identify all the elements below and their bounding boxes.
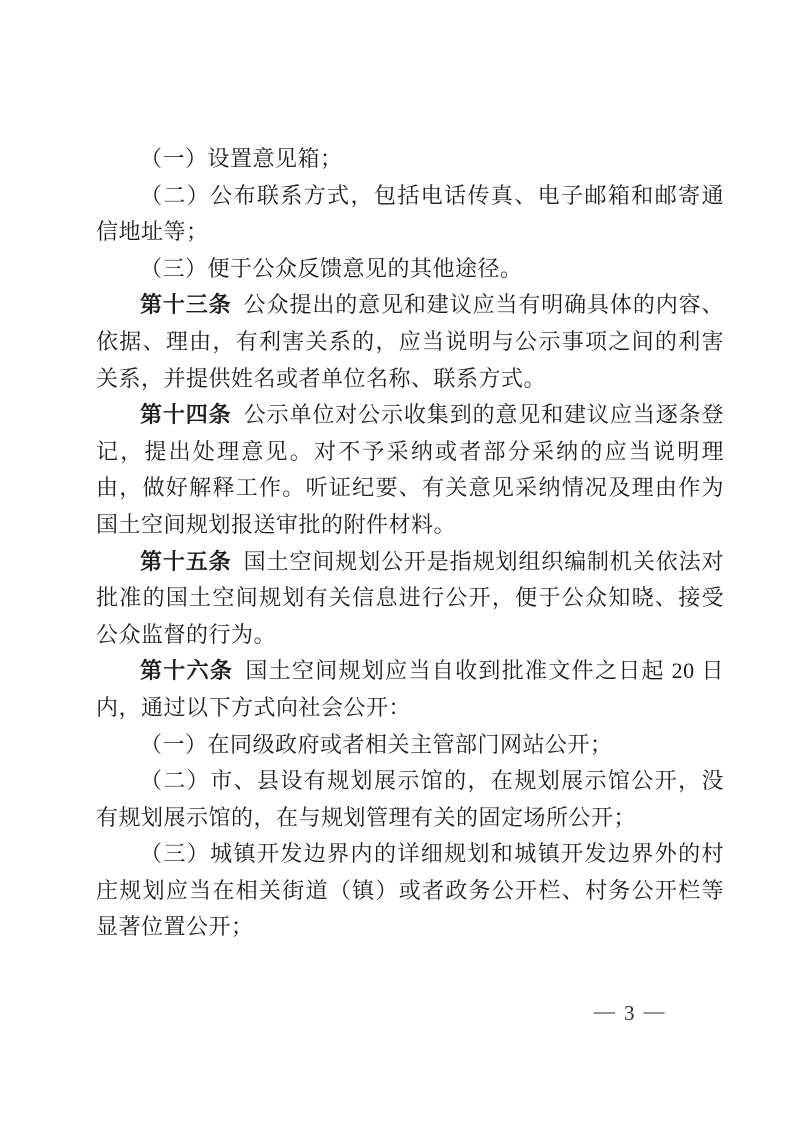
paragraph: （一）在同级政府或者相关主管部门网站公开； xyxy=(96,727,724,764)
paragraph-text: （三）城镇开发边界内的详细规划和城镇开发边界外的村庄规划应当在相关街道（镇）或者… xyxy=(96,841,724,939)
paragraph-text: （三）便于公众反馈意见的其他途径。 xyxy=(140,256,523,281)
paragraph-text: （一）在同级政府或者相关主管部门网站公开； xyxy=(140,732,613,757)
article-number: 第十三条 xyxy=(140,292,232,317)
footer-dash-left: — xyxy=(594,999,615,1024)
paragraph: （二）市、县设有规划展示馆的，在规划展示馆公开，没有规划展示馆的，在与规划管理有… xyxy=(96,763,724,836)
page-footer: — 3 — xyxy=(594,1001,665,1026)
article-number: 第十四条 xyxy=(140,402,232,427)
page-number: 3 xyxy=(624,1001,635,1026)
article-paragraph: 第十三条公众提出的意见和建议应当有明确具体的内容、依据、理由，有利害关系的，应当… xyxy=(96,287,724,397)
paragraph: （三）城镇开发边界内的详细规划和城镇开发边界外的村庄规划应当在相关街道（镇）或者… xyxy=(96,836,724,946)
document-body: （一）设置意见箱；（二）公布联系方式，包括电话传真、电子邮箱和邮寄通信地址等；（… xyxy=(96,141,724,946)
paragraph: （一）设置意见箱； xyxy=(96,141,724,178)
article-paragraph: 第十六条国土空间规划应当自收到批准文件之日起 20 日内，通过以下方式向社会公开… xyxy=(96,653,724,726)
paragraph: （三）便于公众反馈意见的其他途径。 xyxy=(96,251,724,288)
article-number: 第十六条 xyxy=(140,658,233,683)
paragraph-text: （二）公布联系方式，包括电话传真、电子邮箱和邮寄通信地址等； xyxy=(96,183,724,245)
article-paragraph: 第十四条公示单位对公示收集到的意见和建议应当逐条登记，提出处理意见。对不予采纳或… xyxy=(96,397,724,543)
article-paragraph: 第十五条国土空间规划公开是指规划组织编制机关依法对批准的国土空间规划有关信息进行… xyxy=(96,544,724,654)
document-page: （一）设置意见箱；（二）公布联系方式，包括电话传真、电子邮箱和邮寄通信地址等；（… xyxy=(0,0,793,1122)
paragraph-text: （二）市、县设有规划展示馆的，在规划展示馆公开，没有规划展示馆的，在与规划管理有… xyxy=(96,768,724,830)
article-number: 第十五条 xyxy=(140,549,232,574)
paragraph: （二）公布联系方式，包括电话传真、电子邮箱和邮寄通信地址等； xyxy=(96,178,724,251)
paragraph-text: （一）设置意见箱； xyxy=(140,146,343,171)
footer-dash-right: — xyxy=(644,999,665,1024)
